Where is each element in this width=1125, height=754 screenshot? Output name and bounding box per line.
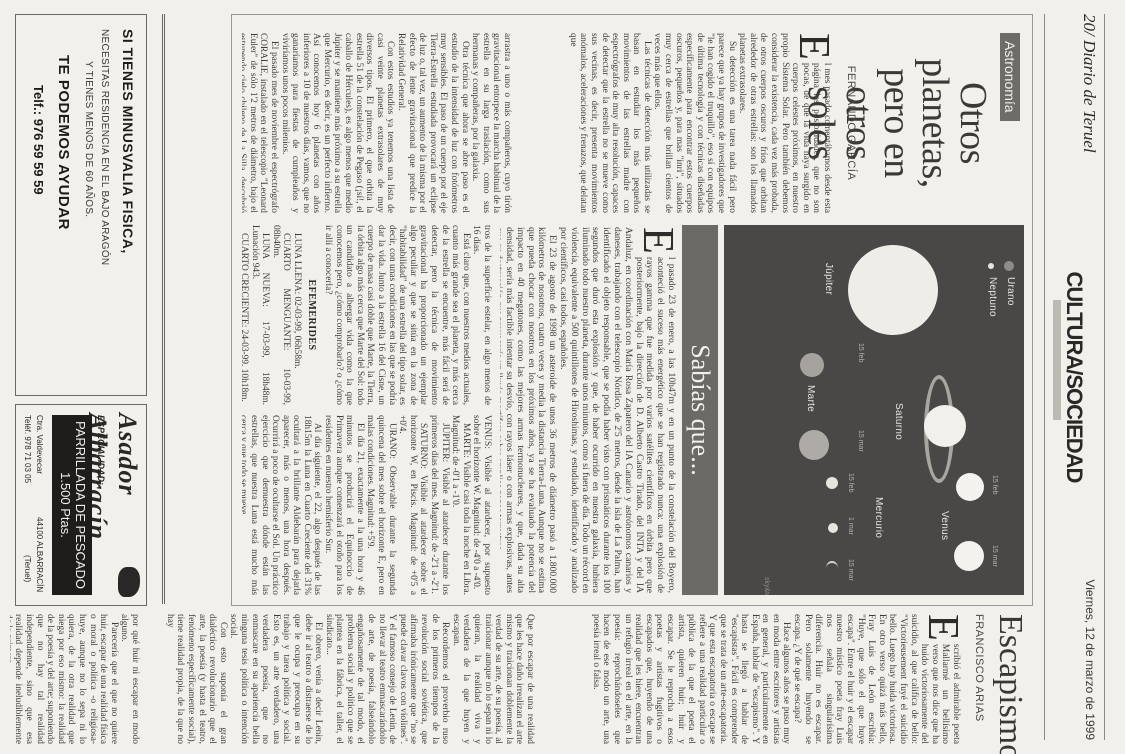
- mars-feb-icon: [800, 353, 824, 377]
- planet-label-mercury: Mercurio: [873, 497, 884, 538]
- graphic-credit: sky&tel: [763, 577, 770, 595]
- paragraph: Su detección es una tarea nada fácil per…: [652, 33, 737, 213]
- minusvalia-ad: SI TIENES MINUSVALIA FISICA, NECESITAS R…: [15, 14, 147, 396]
- paragraph: El pasado mes de noviembre el espectrógr…: [242, 33, 279, 213]
- efemeride-item: LUNA LLENA: 02-03-99, 06h58m.: [291, 225, 302, 405]
- paragraph: Que por escapar de una realidad que les …: [450, 614, 535, 744]
- asador-phone[interactable]: Teléf. 978 71 03 05: [23, 415, 32, 483]
- efemeride-item: LUNA NUEVA: 17-03-99, 18h48m. Lunación 9…: [249, 225, 270, 405]
- paragraph: Parecería que el que no quiere huir, esc…: [10, 614, 119, 744]
- headline-block: Astronomía Otros planetas, pero en otros…: [802, 33, 1020, 213]
- saturn-icon: [924, 405, 966, 447]
- paragraph: Con esto suponía el gran dialéctico revo…: [164, 614, 228, 744]
- issue-date: Viernes, 12 de marzo de 1999: [1083, 579, 1097, 740]
- paragraph: JUPITER: Visible al atardecer durante lo…: [428, 415, 449, 595]
- bull-icon: [118, 567, 140, 597]
- ads-separator-rule: [162, 14, 165, 604]
- paragraph: MARTE: Visible casi toda la noche en Lib…: [450, 415, 471, 595]
- escapismo-column-1: E scribió el admirable poeta Mallarmé un…: [531, 614, 961, 744]
- escapismo-column-3: por qué huir ni escapar en modo alguno. …: [10, 614, 140, 744]
- paragraph: tros de la superficie estelar, en algo m…: [471, 225, 492, 405]
- mercury-date-feb: 15 feb: [847, 473, 854, 492]
- paragraph: Hace algunos años se puso muy en moda en…: [590, 614, 791, 744]
- ad-headline: SI TIENES MINUSVALIA FISICA,: [120, 29, 136, 254]
- ad-line-1: NECESITAS RESIDENCIA EN EL BAJO ARAGÓN: [99, 29, 110, 265]
- asador-province: (Teruel): [23, 555, 32, 582]
- planet-label-jupiter: Júpiter: [823, 263, 834, 295]
- uranus-icon: [1004, 261, 1014, 271]
- mercury-date-mar15: 15 mar: [847, 559, 854, 581]
- headline-line: Otros planetas,: [916, 33, 992, 213]
- section-accent-bar: [1053, 300, 1061, 420]
- asador-albarracin-ad: Asador Albarracín ESPECIALIDAD: PARRILLA…: [15, 404, 147, 606]
- masthead-bottom-rule: [1044, 14, 1045, 740]
- efemeride-item: CUARTO MENGUANTE: 10-03-99, 08h40m.: [270, 225, 291, 405]
- mars-date-mar: 15 mar: [857, 430, 864, 452]
- planet-illustration: Urano Neptuno Júpiter Saturno 15 feb Mar…: [724, 225, 1024, 595]
- ad-phone[interactable]: Telf.: 976 59 59 59: [31, 85, 46, 195]
- planet-label-saturn: Saturno: [893, 403, 904, 440]
- specialty-dish: PARRILLADA DE PESCADO: [73, 415, 88, 595]
- mercury-feb-icon: [826, 477, 838, 489]
- mercury-date-mar1: 1 mar: [847, 517, 854, 535]
- paragraph: El obrero, venía a decir Lenin, debe ir …: [228, 614, 323, 744]
- article-column-3: tros de la superficie estelar, en algo m…: [242, 225, 492, 405]
- ad-line-2: Y TIENES MENOS DE 60 AÑOS.: [83, 61, 94, 217]
- mars-mar-icon: [799, 430, 829, 460]
- paragraph: l mes pasado comentábamos desde esta pág…: [737, 33, 832, 213]
- mercury-crescent-icon: [826, 561, 838, 575]
- paragraph: Recordemos el proverbio ruso de los prim…: [323, 614, 450, 744]
- paragraph: Está claro que, con nuestros medios actu…: [323, 225, 471, 405]
- efemerides-title: EFEMERIDES: [306, 225, 317, 405]
- article-column-4: VENUS: Visible al atardecer, por supuest…: [242, 415, 492, 595]
- escapismo-title: Escapismo: [991, 614, 1029, 744]
- paragraph: l pasado 23 de enero, a las 10h47m y en …: [557, 227, 676, 593]
- paragraph: El día 21, exactamente a la una hora y 4…: [323, 415, 365, 595]
- paragraph: arrastra a uno o más compañeros, cuyo ti…: [470, 33, 512, 213]
- specialty-label: ESPECIALIDAD:: [96, 415, 106, 485]
- sabias-que-body: E l pasado 23 de enero, a las 10h47m y e…: [500, 227, 676, 593]
- jupiter-icon: [848, 245, 938, 335]
- masthead-top-rule: [1104, 14, 1105, 740]
- venus-feb-icon: [956, 473, 984, 501]
- newspaper-page: 20/ Diario de Teruel CULTURA/SOCIEDAD Vi…: [0, 0, 1125, 754]
- sabias-que-title: Sabías que...: [682, 225, 718, 595]
- mercury-mar1-icon: [828, 523, 838, 533]
- paragraph: El 23 de agosto de 1998 un asteroide de …: [500, 227, 557, 593]
- dropcap: E: [640, 227, 676, 254]
- article-byline: FERNANDO GARCÍA: [845, 33, 857, 213]
- paragraph: VENUS: Visible al atardecer, por supuest…: [471, 415, 492, 595]
- efemeride-item: CUARTO CRECIENTE: 24-03-99, 10h18m.: [242, 225, 249, 405]
- paragraph: Otra técnica que ahora se abre paso es e…: [395, 33, 469, 213]
- dropcap: E: [796, 33, 832, 60]
- paragraph: SATURNO: Visible al atardecer sobre el h…: [397, 415, 429, 595]
- paragraph: Las técnicas de detección más utilizadas…: [567, 33, 652, 213]
- planet-label-uranus: Urano: [1005, 277, 1016, 306]
- asador-postal: 44100 ALBARRACÍN: [35, 517, 44, 592]
- paragraph: Con estos estudios ya tenemos una lista …: [279, 33, 396, 213]
- specialty-banner: PARRILLADA DE PESCADO 1.500 Ptas.: [52, 415, 92, 595]
- dropcap: E: [925, 614, 961, 641]
- paragraph: Al día siguiente, el 22, algo después de…: [242, 415, 323, 595]
- escapismo-byline: FRANCISCO ARIAS: [973, 614, 985, 744]
- mars-date-feb: 15 feb: [857, 343, 864, 362]
- specialty-price: 1.500 Ptas.: [58, 415, 73, 595]
- planet-label-venus: Venus: [939, 511, 950, 540]
- ad-cta: TE PODEMOS AYUDAR: [55, 55, 72, 230]
- escapismo-column-2: Que por escapar de una realidad que les …: [145, 614, 535, 744]
- paragraph: URANO: Observable durante la segunda qui…: [365, 415, 397, 595]
- asador-address: Ctra. Valdevecar: [35, 415, 44, 474]
- planet-label-mars: Marte: [805, 385, 816, 412]
- venus-date-mar: 15 mar: [991, 545, 998, 567]
- venus-mar-icon: [954, 541, 984, 571]
- neptune-icon: [988, 263, 994, 269]
- venus-date-feb: 15 feb: [991, 475, 998, 494]
- planet-label-neptune: Neptuno: [987, 277, 998, 317]
- kicker-astronomia: Astronomía: [1000, 33, 1020, 121]
- paragraph: por qué huir ni escapar en modo alguno.: [119, 614, 140, 744]
- article-column-2: arrastra a uno o más compañeros, cuyo ti…: [242, 33, 512, 213]
- article-column-1: E l mes pasado comentábamos desde esta p…: [522, 33, 832, 213]
- astronomy-article: Astronomía Otros planetas, pero en otros…: [231, 14, 1033, 606]
